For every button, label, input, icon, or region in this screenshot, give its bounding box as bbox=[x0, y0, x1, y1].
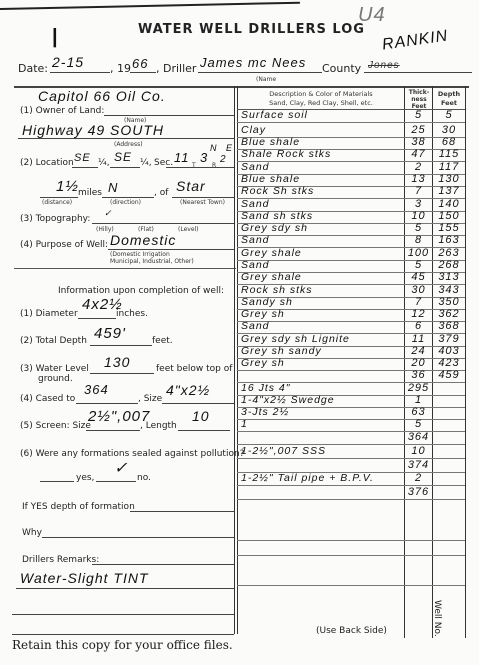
row-thickness[interactable]: 36 bbox=[405, 369, 432, 381]
row-description[interactable]: 3-Jts 2½ bbox=[241, 406, 289, 418]
r-dir[interactable]: E bbox=[226, 143, 233, 153]
location-label: (2) Location bbox=[20, 158, 74, 168]
row-depth[interactable]: 368 bbox=[433, 320, 465, 332]
cased-label: (4) Cased to bbox=[20, 394, 75, 404]
county-value[interactable]: RANKIN bbox=[381, 27, 449, 54]
total-depth-unit: feet. bbox=[152, 336, 173, 346]
row-description[interactable]: Rock Sh stks bbox=[241, 185, 314, 197]
t-dir[interactable]: N bbox=[210, 143, 218, 153]
year-prefix: , 19 bbox=[110, 62, 131, 75]
row-thickness[interactable]: 5 bbox=[405, 222, 432, 234]
row-thickness[interactable]: 11 bbox=[405, 333, 432, 345]
row-thickness[interactable]: 7 bbox=[405, 296, 432, 308]
row-thickness[interactable]: 20 bbox=[405, 357, 432, 369]
row-thickness[interactable]: 2 bbox=[405, 161, 432, 173]
row-description[interactable]: Blue shale bbox=[241, 136, 300, 148]
owner-label-text: Owner of Land: bbox=[36, 106, 105, 116]
distance-sub: (distance) bbox=[42, 199, 72, 206]
row-description[interactable]: 1-4"x2½ Swedge bbox=[241, 394, 335, 406]
purpose-label: (4) Purpose of Well: bbox=[20, 240, 108, 250]
sealed-no[interactable]: no. bbox=[137, 473, 151, 483]
form-title: WATER WELL DRILLERS LOG bbox=[138, 22, 365, 37]
owner-number: (1) bbox=[20, 106, 33, 116]
row-depth[interactable]: 140 bbox=[433, 198, 465, 210]
row-thickness[interactable]: 376 bbox=[405, 486, 432, 498]
row-thickness[interactable]: 25 bbox=[405, 124, 432, 136]
topography-label: (3) Topography: bbox=[20, 214, 90, 224]
town-value[interactable]: Star bbox=[176, 178, 206, 194]
direction-sub: (direction) bbox=[110, 199, 141, 206]
row-thickness[interactable]: 12 bbox=[405, 308, 432, 320]
row-thickness[interactable]: 364 bbox=[405, 431, 432, 443]
row-thickness[interactable]: 6 bbox=[405, 320, 432, 332]
row-depth[interactable]: 117 bbox=[433, 161, 465, 173]
row-description[interactable]: 16 Jts 4" bbox=[241, 382, 291, 394]
total-depth-value[interactable]: 459' bbox=[94, 325, 126, 342]
miles-label: miles bbox=[78, 188, 102, 198]
row-thickness[interactable]: 100 bbox=[405, 247, 432, 259]
owner-label: (1) Owner of Land: bbox=[20, 106, 104, 116]
row-description[interactable]: Grey sh bbox=[241, 357, 285, 369]
row-description[interactable]: Shale Rock stks bbox=[241, 148, 331, 160]
row-thickness[interactable]: 8 bbox=[405, 234, 432, 246]
remarks-label: Drillers Remarks: bbox=[22, 555, 99, 565]
sec-value[interactable]: 11 bbox=[174, 150, 190, 165]
row-depth[interactable]: 313 bbox=[433, 271, 465, 283]
row-description[interactable]: Sand bbox=[241, 259, 270, 271]
water-level-label: (3) Water Level bbox=[20, 364, 89, 374]
diameter-label: (1) Diameter bbox=[20, 309, 78, 319]
row-thickness[interactable]: 63 bbox=[405, 406, 432, 418]
row-thickness[interactable]: 3 bbox=[405, 198, 432, 210]
row-thickness[interactable]: 38 bbox=[405, 136, 432, 148]
driller-label: , Driller bbox=[156, 62, 196, 75]
row-description[interactable]: 1 bbox=[241, 418, 248, 430]
row-depth[interactable]: 362 bbox=[433, 308, 465, 320]
quarter-2[interactable]: SE bbox=[114, 150, 132, 164]
diameter-unit: inches. bbox=[116, 309, 148, 319]
row-thickness[interactable]: 13 bbox=[405, 173, 432, 185]
row-thickness[interactable]: 5 bbox=[405, 418, 432, 430]
scan-edge bbox=[0, 2, 300, 10]
row-depth[interactable]: 130 bbox=[433, 173, 465, 185]
opt-level: (Level) bbox=[178, 226, 199, 233]
address-value[interactable]: Highway 49 SOUTH bbox=[22, 122, 164, 138]
retain-note: Retain this copy for your office files. bbox=[12, 638, 233, 652]
row-depth[interactable]: 343 bbox=[433, 284, 465, 296]
row-thickness[interactable]: 10 bbox=[405, 445, 432, 457]
water-level-unit: feet below top of bbox=[156, 364, 232, 374]
screen-length-value[interactable]: 10 bbox=[192, 408, 210, 424]
row-depth[interactable]: 268 bbox=[433, 259, 465, 271]
row-depth[interactable]: 423 bbox=[433, 357, 465, 369]
row-thickness[interactable]: 295 bbox=[405, 382, 432, 394]
row-thickness[interactable]: 47 bbox=[405, 148, 432, 160]
quarter-sym-2: ¼, bbox=[140, 158, 152, 168]
purpose-sub1: (Domestic Irrigation bbox=[110, 251, 170, 258]
county-struck: Jones bbox=[368, 60, 400, 71]
row-description[interactable]: Grey sh sandy bbox=[241, 345, 322, 357]
row-depth[interactable]: 68 bbox=[433, 136, 465, 148]
row-description[interactable]: Surface soil bbox=[241, 109, 308, 121]
quarter-sym-1: ¼, bbox=[98, 158, 110, 168]
topography-mark[interactable]: ✓ bbox=[104, 208, 113, 219]
row-thickness[interactable]: 5 bbox=[405, 109, 432, 121]
table-header-depth: Depth Feet bbox=[434, 90, 464, 108]
row-description[interactable]: Sandy sh bbox=[241, 296, 293, 308]
row-thickness[interactable]: 30 bbox=[405, 284, 432, 296]
corner-mark: | bbox=[52, 26, 59, 49]
completion-heading: Information upon completion of well: bbox=[58, 286, 224, 296]
owner-value[interactable]: Capitol 66 Oil Co. bbox=[38, 88, 166, 104]
row-depth[interactable]: 5 bbox=[433, 109, 465, 121]
driller-sub: (Name bbox=[256, 76, 276, 83]
town-sub: (Nearest Town) bbox=[180, 199, 225, 206]
row-description[interactable]: 1-2½" Tail pipe + B.P.V. bbox=[241, 472, 374, 484]
row-depth[interactable]: 403 bbox=[433, 345, 465, 357]
row-depth[interactable]: 263 bbox=[433, 247, 465, 259]
row-thickness[interactable]: 374 bbox=[405, 459, 432, 471]
row-depth[interactable]: 150 bbox=[433, 210, 465, 222]
water-level-unit2: ground. bbox=[38, 374, 73, 384]
date-label: Date: bbox=[18, 62, 48, 75]
address-sub: (Address) bbox=[114, 141, 143, 148]
row-description[interactable]: Sand bbox=[241, 320, 270, 332]
sealed-no-mark[interactable]: ✓ bbox=[114, 458, 128, 478]
remarks-value[interactable]: Water-Slight TINT bbox=[20, 570, 149, 586]
row-description[interactable]: Sand sh stks bbox=[241, 210, 313, 222]
row-depth[interactable]: 379 bbox=[433, 333, 465, 345]
county-label: County bbox=[322, 62, 361, 75]
row-thickness[interactable]: 45 bbox=[405, 271, 432, 283]
row-description[interactable]: Grey sh bbox=[241, 308, 285, 320]
row-description[interactable]: Rock sh stks bbox=[241, 284, 313, 296]
use-back-side: (Use Back Side) bbox=[316, 626, 387, 636]
row-description[interactable]: 1-2½",007 SSS bbox=[241, 445, 326, 457]
quarter-1[interactable]: SE bbox=[74, 152, 91, 164]
row-thickness[interactable]: 2 bbox=[405, 472, 432, 484]
screen-length-label: , Length bbox=[140, 421, 177, 431]
table-header-description: Description & Color of MaterialsSand, Cl… bbox=[238, 90, 404, 108]
row-thickness[interactable]: 5 bbox=[405, 259, 432, 271]
row-description[interactable]: Clay bbox=[241, 124, 266, 136]
cased-value[interactable]: 364 bbox=[84, 382, 109, 397]
water-level-value[interactable]: 130 bbox=[104, 354, 130, 370]
row-depth[interactable]: 137 bbox=[433, 185, 465, 197]
date-month-day[interactable]: 2-15 bbox=[52, 54, 84, 70]
of-label: , of bbox=[154, 188, 168, 198]
total-depth-label: (2) Total Depth bbox=[20, 336, 87, 346]
row-thickness[interactable]: 1 bbox=[405, 394, 432, 406]
row-description[interactable]: Grey sdy sh Lignite bbox=[241, 333, 350, 345]
row-thickness[interactable]: 24 bbox=[405, 345, 432, 357]
row-depth[interactable]: 115 bbox=[433, 148, 465, 160]
row-thickness[interactable]: 7 bbox=[405, 185, 432, 197]
row-description[interactable]: Sand bbox=[241, 234, 270, 246]
direction-value[interactable]: N bbox=[108, 180, 118, 195]
why-label: Why bbox=[22, 528, 42, 538]
cased-size-value[interactable]: 4"x2½ bbox=[166, 382, 210, 398]
row-description[interactable]: Grey sdy sh bbox=[241, 222, 308, 234]
row-depth[interactable]: 30 bbox=[433, 124, 465, 136]
sealed-yes[interactable]: yes, bbox=[76, 473, 94, 483]
row-description[interactable]: Grey shale bbox=[241, 271, 302, 283]
t-value[interactable]: 3 bbox=[200, 150, 208, 165]
r-value[interactable]: 2 bbox=[220, 154, 227, 165]
row-description[interactable]: Grey shale bbox=[241, 247, 302, 259]
screen-label: (5) Screen: Size bbox=[20, 421, 91, 431]
cased-size-label: , Size bbox=[138, 394, 162, 404]
table-header-thickness: Thick-ness Feet bbox=[406, 89, 432, 110]
row-depth[interactable]: 350 bbox=[433, 296, 465, 308]
driller-name[interactable]: James mc Nees bbox=[200, 55, 306, 70]
row-depth[interactable]: 459 bbox=[433, 369, 465, 381]
well-no-label: Well No. bbox=[432, 600, 442, 637]
purpose-value[interactable]: Domestic bbox=[110, 232, 176, 248]
row-description[interactable]: Sand bbox=[241, 198, 270, 210]
distance-value[interactable]: 1½ bbox=[56, 178, 79, 195]
if-yes-label: If YES depth of formation bbox=[22, 502, 135, 512]
row-depth[interactable]: 163 bbox=[433, 234, 465, 246]
row-description[interactable]: Sand bbox=[241, 161, 270, 173]
date-year[interactable]: 66 bbox=[132, 56, 148, 71]
row-depth[interactable]: 155 bbox=[433, 222, 465, 234]
purpose-sub2: Municipal, Industrial, Other) bbox=[110, 258, 194, 265]
sealed-question: (6) Were any formations sealed against p… bbox=[20, 449, 244, 459]
row-thickness[interactable]: 10 bbox=[405, 210, 432, 222]
row-description[interactable]: Blue shale bbox=[241, 173, 300, 185]
